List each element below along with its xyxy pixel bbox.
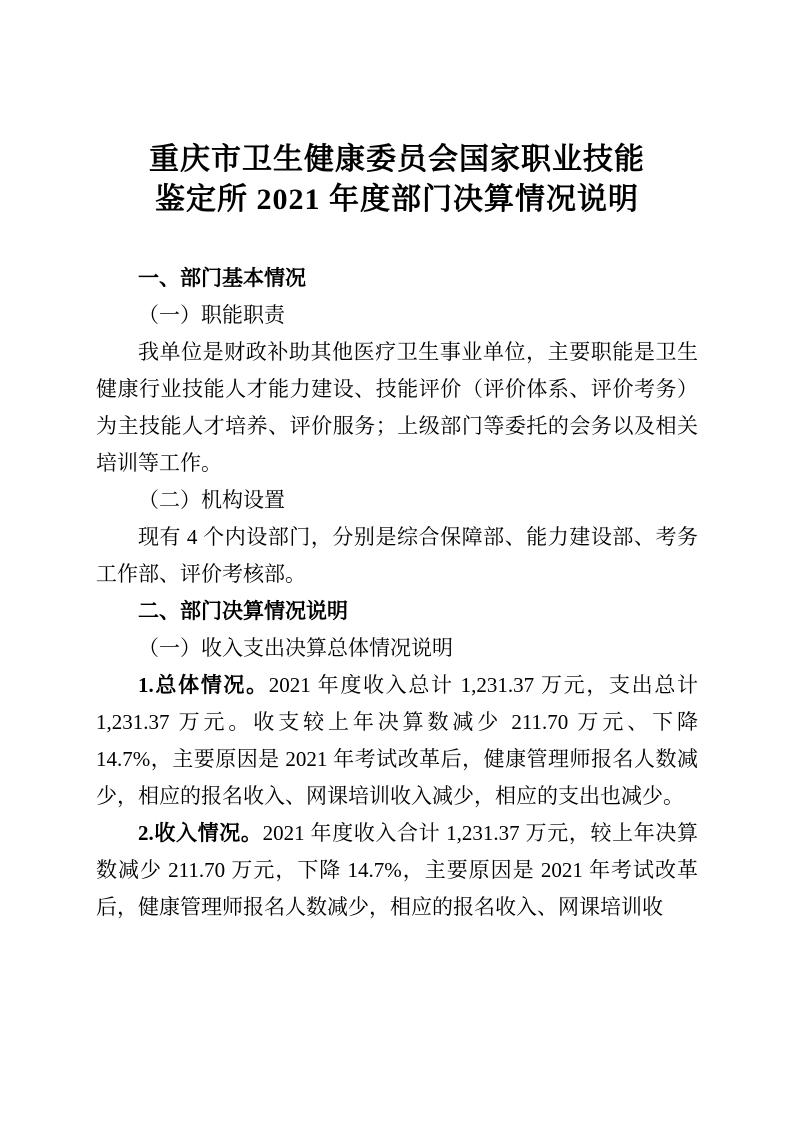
- document-title: 重庆市卫生健康委员会国家职业技能 鉴定所 2021 年度部门决算情况说明: [96, 140, 698, 220]
- paragraph-duties: 我单位是财政补助其他医疗卫生事业单位，主要职能是卫生健康行业技能人才能力建设、技…: [96, 334, 698, 482]
- document-title-line-2: 鉴定所 2021 年度部门决算情况说明: [96, 180, 698, 220]
- document-body: 一、部门基本情况 （一）职能职责 我单位是财政补助其他医疗卫生事业单位，主要职能…: [96, 260, 698, 926]
- subsection-heading-duties: （一）职能职责: [96, 297, 698, 334]
- paragraph-overall-situation-label: 1.总体情况。: [138, 673, 269, 697]
- paragraph-organization: 现有 4 个内设部门，分别是综合保障部、能力建设部、考务工作部、评价考核部。: [96, 519, 698, 593]
- section-heading-final-accounts: 二、部门决算情况说明: [96, 593, 698, 630]
- section-heading-basic-info: 一、部门基本情况: [96, 260, 698, 297]
- paragraph-income-situation: 2.收入情况。2021 年度收入合计 1,231.37 万元，较上年决算数减少 …: [96, 815, 698, 926]
- paragraph-income-situation-label: 2.收入情况。: [138, 821, 263, 845]
- paragraph-overall-situation: 1.总体情况。2021 年度收入总计 1,231.37 万元，支出总计 1,23…: [96, 667, 698, 815]
- document-title-line-1: 重庆市卫生健康委员会国家职业技能: [96, 140, 698, 180]
- subsection-heading-organization: （二）机构设置: [96, 482, 698, 519]
- subsection-heading-overall-statement: （一）收入支出决算总体情况说明: [96, 630, 698, 667]
- document-page: 重庆市卫生健康委员会国家职业技能 鉴定所 2021 年度部门决算情况说明 一、部…: [0, 0, 794, 1123]
